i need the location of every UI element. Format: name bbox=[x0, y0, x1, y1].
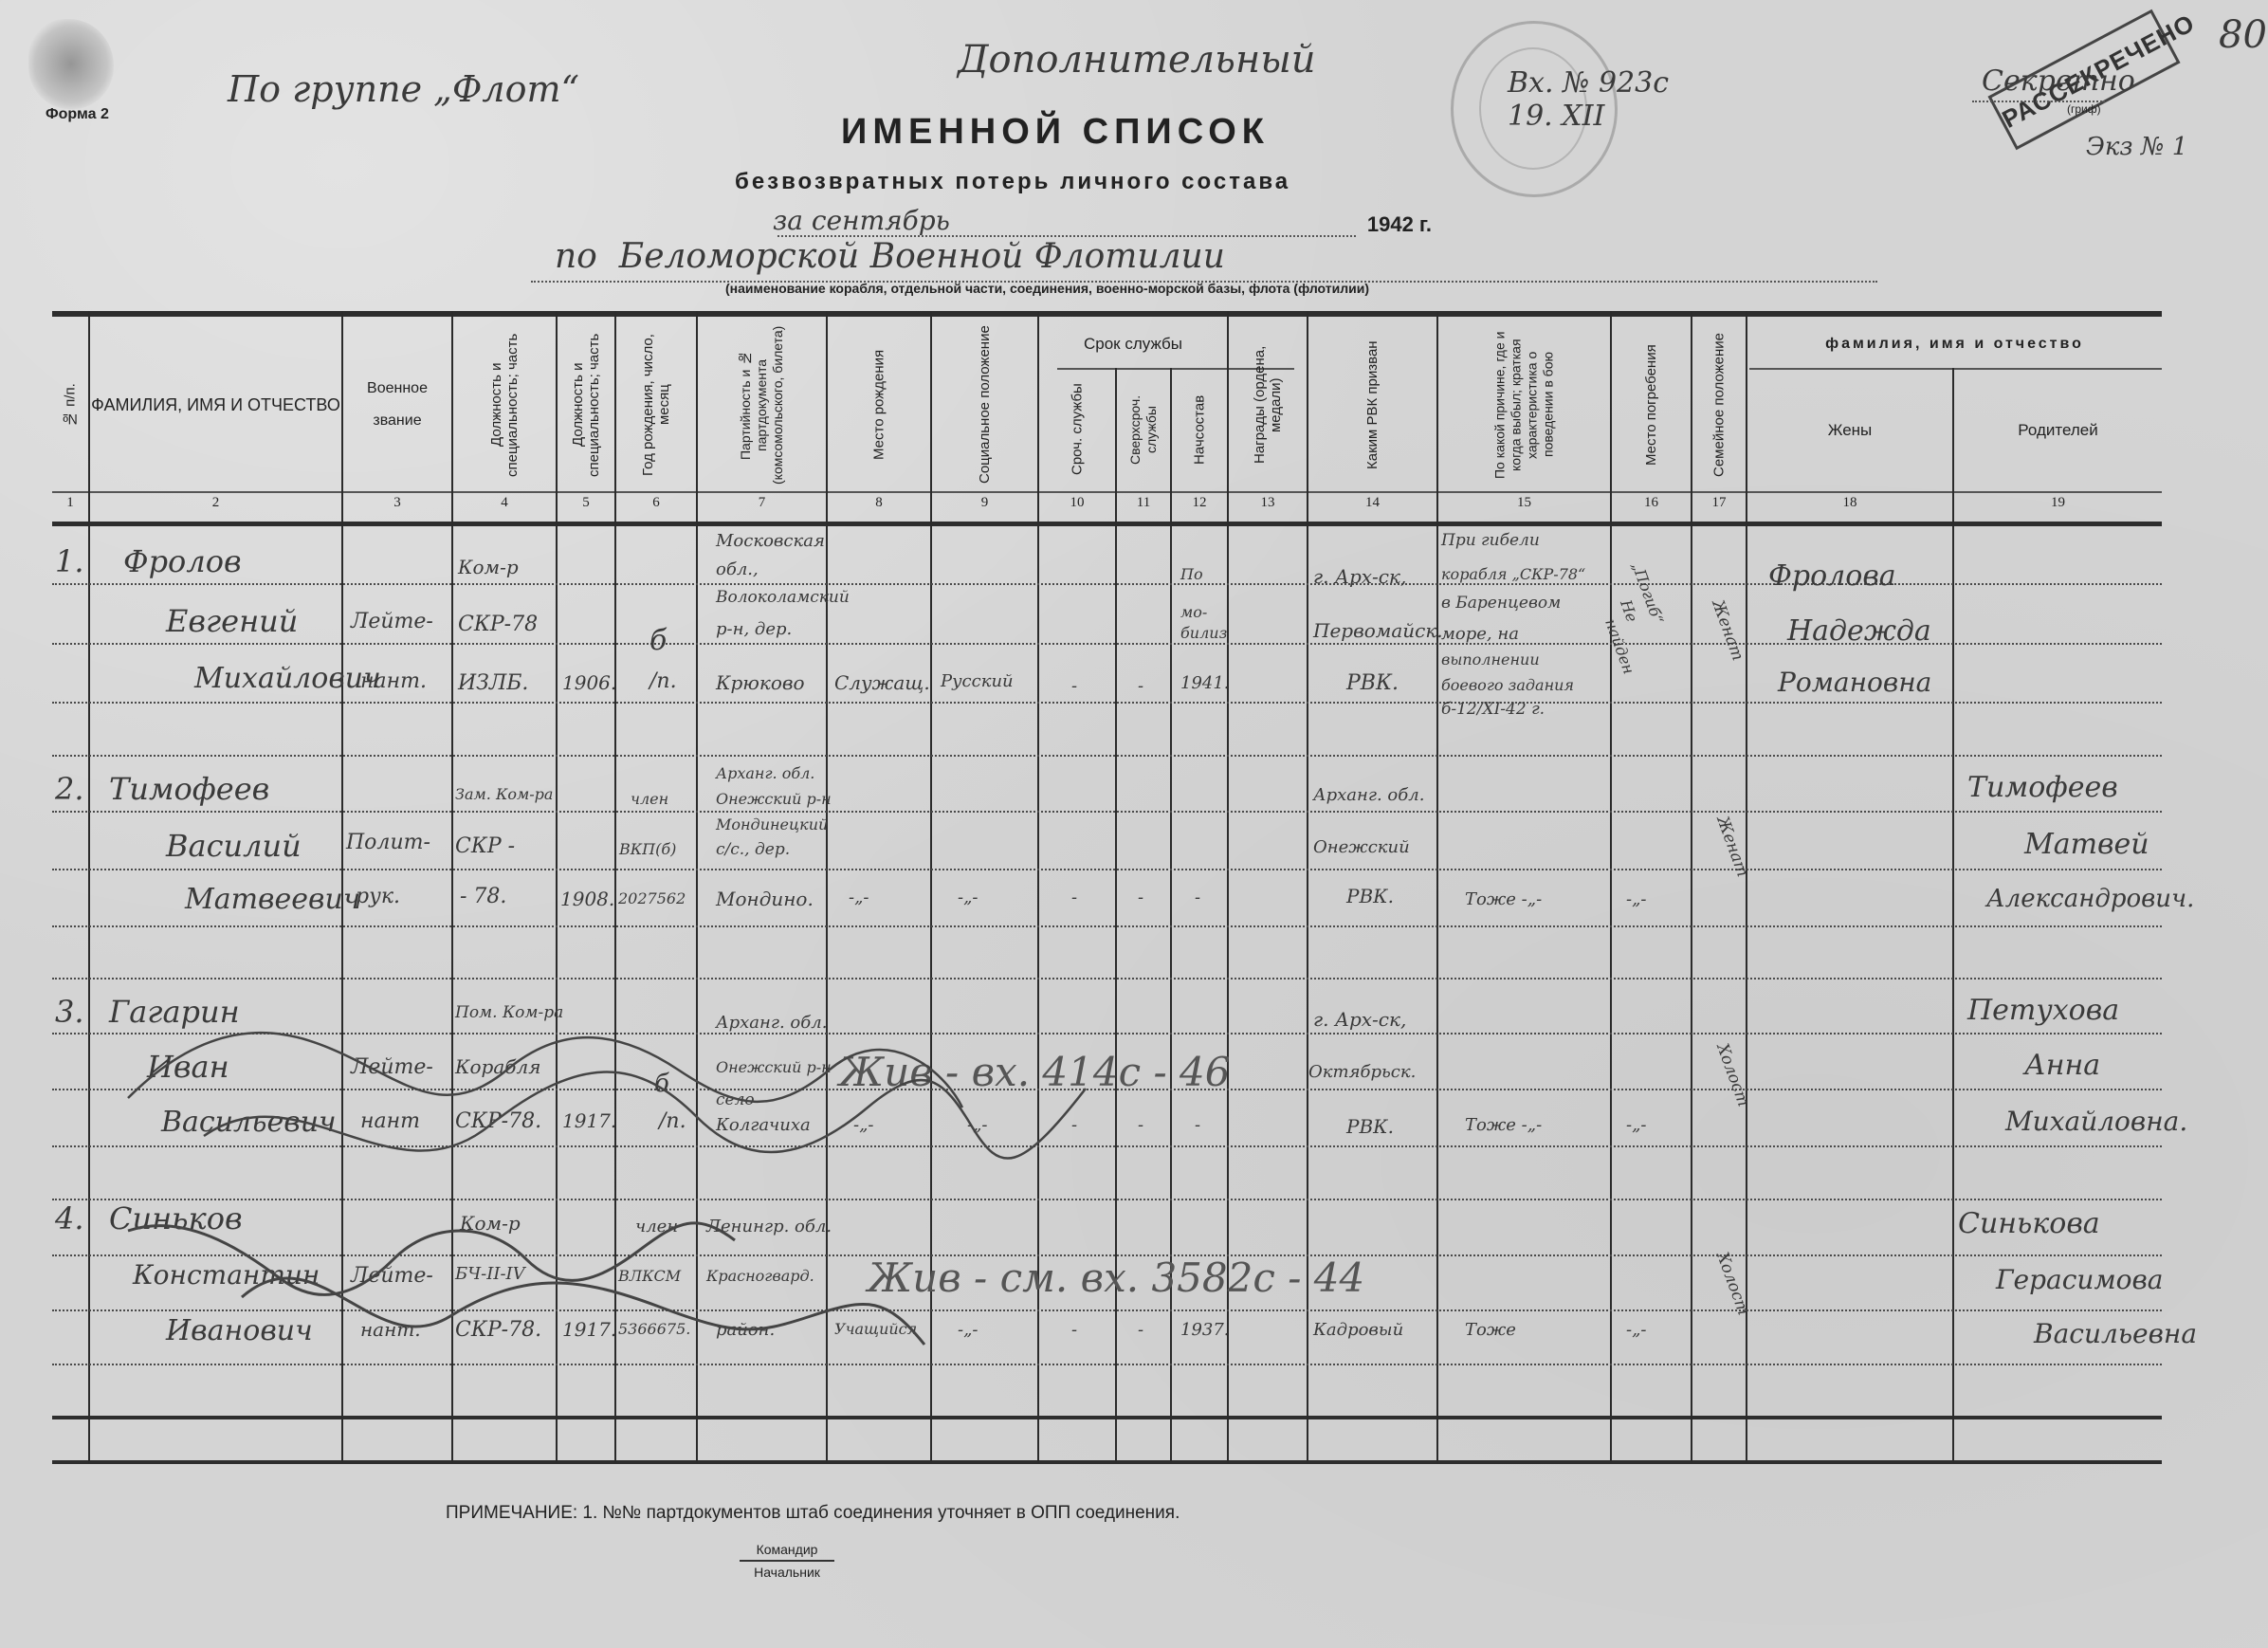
supplementary-label: Дополнительный bbox=[958, 38, 1316, 82]
table-cell: море, на bbox=[1441, 624, 1519, 644]
col-num: 8 bbox=[828, 495, 930, 516]
strike-through bbox=[109, 1221, 962, 1364]
losses-table: № п/п. ФАМИЛИЯ, ИМЯ И ОТЧЕСТВО Военное з… bbox=[52, 311, 2162, 1463]
table-cell: р-н, дер. bbox=[716, 619, 792, 639]
table-cell: СКР - bbox=[455, 834, 515, 858]
table-rule bbox=[52, 869, 2162, 870]
table-cell: Евгений bbox=[166, 603, 298, 639]
unit-value: по Беломорской Военной Флотилии bbox=[555, 237, 1225, 276]
col-num: 13 bbox=[1229, 495, 1307, 516]
table-cell: -„- bbox=[1626, 889, 1647, 909]
table-cell: Мондинецкий bbox=[716, 815, 828, 833]
col-header-reason: По какой причине, где и когда выбыл; кра… bbox=[1438, 320, 1610, 489]
col-num: 4 bbox=[453, 495, 556, 516]
col-num: 2 bbox=[90, 495, 341, 516]
document-title: ИМЕННОЙ СПИСОК bbox=[841, 112, 1270, 153]
table-cell: Васильевна bbox=[2034, 1318, 2197, 1349]
signature-block: Командир Начальник bbox=[740, 1542, 834, 1580]
unit-caption: (наименование корабля, отдельной части, … bbox=[725, 281, 1369, 296]
table-cell: Анна bbox=[2024, 1049, 2100, 1082]
table-cell: По bbox=[1180, 565, 1203, 583]
table-rule bbox=[52, 1199, 2162, 1200]
col-header-family: Семейное положение bbox=[1692, 320, 1746, 489]
col-header-birthplace: Место рождения bbox=[828, 320, 930, 489]
table-cell: 4. bbox=[55, 1200, 84, 1236]
table-cell: Романовна bbox=[1778, 667, 1931, 698]
col-num: 10 bbox=[1039, 495, 1115, 516]
period-value: за сентябрь bbox=[773, 205, 950, 236]
table-rule bbox=[52, 702, 2162, 704]
table-cell: Октябрьск. bbox=[1308, 1062, 1416, 1082]
col-num: 3 bbox=[343, 495, 451, 516]
table-cell: - bbox=[1195, 888, 1200, 907]
table-cell: Онежский р-н bbox=[716, 790, 832, 808]
col-header-awards: Награды (ордена, медали) bbox=[1229, 320, 1307, 489]
table-cell: Василий bbox=[166, 828, 302, 864]
ink-stain bbox=[28, 19, 114, 109]
table-cell: Фролов bbox=[123, 543, 242, 579]
col-num: 1 bbox=[52, 495, 88, 516]
col-num: 12 bbox=[1172, 495, 1227, 516]
table-cell: Московская bbox=[716, 531, 825, 551]
table-cell: Матвеевич bbox=[185, 883, 360, 916]
table-cell: Александрович. bbox=[1986, 885, 2194, 913]
unit-field: по Беломорской Военной Флотилии bbox=[531, 245, 1877, 283]
col-header-rvk: Каким РВК призван bbox=[1308, 320, 1436, 489]
table-cell: -„- bbox=[958, 888, 979, 907]
sign-chief: Начальник bbox=[740, 1565, 834, 1580]
document-subtitle: безвозвратных потерь личного состава bbox=[735, 169, 1290, 195]
table-cell: найден bbox=[1601, 616, 1638, 676]
col-num: 5 bbox=[558, 495, 614, 516]
table-cell: Ком-р bbox=[458, 556, 519, 578]
table-cell: Тоже -„- bbox=[1465, 1115, 1542, 1135]
table-cell: рук. bbox=[356, 885, 400, 908]
table-cell: 1941. bbox=[1180, 673, 1230, 693]
table-cell: 1937. bbox=[1180, 1320, 1230, 1340]
table-cell: боевого задания bbox=[1441, 676, 1574, 694]
col-num: 16 bbox=[1612, 495, 1691, 516]
header-number-rule bbox=[52, 491, 2162, 493]
col-header-sverkh: Сверхсроч. службы bbox=[1117, 370, 1170, 489]
table-cell: Синькова bbox=[1958, 1207, 2100, 1240]
table-rule bbox=[52, 1364, 2162, 1365]
table-cell: Фролова bbox=[1768, 559, 1896, 593]
period-field: за сентябрь 1942 г. bbox=[749, 211, 1432, 239]
table-cell: 1. bbox=[55, 543, 84, 579]
col-num: 6 bbox=[616, 495, 696, 516]
header-bottom-rule bbox=[52, 522, 2162, 526]
table-cell: Тоже -„- bbox=[1465, 889, 1542, 909]
table-cell: Онежский bbox=[1313, 837, 1410, 857]
table-cell: - bbox=[1071, 888, 1077, 907]
form-label: Форма 2 bbox=[46, 106, 109, 123]
footer-note: ПРИМЕЧАНИЕ: 1. №№ партдокументов штаб со… bbox=[446, 1503, 1180, 1524]
table-cell: корабля „СКР-78“ bbox=[1441, 565, 1585, 583]
table-cell: 2027562 bbox=[618, 889, 686, 907]
copy-number: Экз № 1 bbox=[2086, 133, 2187, 161]
year-label: 1942 г. bbox=[1367, 212, 1432, 237]
table-cell: Тимофеев bbox=[109, 771, 269, 807]
table-cell: Тимофеев bbox=[1967, 771, 2118, 804]
table-cell: член bbox=[631, 790, 668, 808]
col-header-burial: Место погребения bbox=[1612, 320, 1691, 489]
classification-handwritten: Секретно bbox=[1982, 64, 2135, 98]
table-cell: обл., bbox=[716, 559, 759, 579]
table-cell: мо- bbox=[1180, 603, 1207, 621]
col-header-srochn: Сроч. службы bbox=[1039, 370, 1115, 489]
group-note: По группе „Флот“ bbox=[228, 68, 579, 110]
incoming-number: Вх. № 923с 19. XII bbox=[1508, 66, 1669, 133]
table-cell: -„- bbox=[849, 888, 869, 907]
col-header-birth: Год рождения, число, месяц bbox=[616, 320, 696, 489]
table-cell: в Баренцевом bbox=[1441, 594, 1561, 613]
col-num: 11 bbox=[1117, 495, 1170, 516]
table-cell: РВК. bbox=[1346, 671, 1399, 695]
table-cell: Крюково bbox=[716, 671, 805, 694]
col-header-name: ФАМИЛИЯ, ИМЯ И ОТЧЕСТВО bbox=[90, 320, 341, 489]
table-cell: Надежда bbox=[1787, 614, 1931, 648]
table-cell: 1908. bbox=[560, 888, 614, 910]
col-header-position: Должность и специальность; часть bbox=[558, 320, 614, 489]
sign-commander: Командир bbox=[740, 1542, 834, 1557]
table-cell: Тоже bbox=[1465, 1320, 1516, 1340]
table-rule bbox=[1952, 368, 1954, 1463]
table-cell: /п. bbox=[649, 669, 677, 693]
table-cell: - bbox=[1138, 888, 1143, 907]
table-cell: - 78. bbox=[460, 885, 506, 908]
col-num: 15 bbox=[1438, 495, 1610, 516]
table-cell: - bbox=[1138, 676, 1143, 696]
table-cell: выполнении bbox=[1441, 650, 1540, 668]
col-header-rank: Военное звание bbox=[343, 320, 451, 489]
table-cell: билиз bbox=[1180, 624, 1227, 642]
table-cell: с/с., дер. bbox=[716, 840, 790, 859]
table-cell: г. Арх-ск, bbox=[1313, 565, 1406, 588]
table-cell: Мондино. bbox=[716, 888, 814, 910]
table-cell: 3. bbox=[55, 994, 84, 1030]
table-cell: Арханг. обл. bbox=[716, 764, 814, 782]
table-cell: Арханг. обл. bbox=[1313, 785, 1424, 805]
table-cell: 2. bbox=[55, 771, 84, 807]
col-header-position-4: Должность и специальность; часть bbox=[453, 320, 556, 489]
table-cell: ИЗЛБ. bbox=[458, 671, 528, 695]
table-cell: Первомайск. bbox=[1313, 619, 1443, 642]
col-header-nachsostav: Начсостав bbox=[1172, 370, 1227, 489]
table-cell: - bbox=[1071, 676, 1077, 696]
table-cell: Женат bbox=[1708, 597, 1747, 663]
table-cell: - bbox=[1071, 1320, 1077, 1340]
table-cell: - bbox=[1138, 1320, 1143, 1340]
table-cell: РВК. bbox=[1346, 885, 1394, 907]
table-cell: Лейте- bbox=[351, 610, 433, 633]
table-cell: -„- bbox=[1626, 1320, 1647, 1340]
table-rule bbox=[52, 1416, 2162, 1419]
col-group-service: Срок службы bbox=[1039, 319, 1227, 368]
col-num: 14 bbox=[1308, 495, 1436, 516]
col-num: 7 bbox=[698, 495, 826, 516]
table-cell: Матвей bbox=[2024, 828, 2149, 861]
table-bottom-rule bbox=[52, 1460, 2162, 1464]
table-cell: б bbox=[649, 624, 667, 657]
table-cell: г. Арх-ск, bbox=[1313, 1008, 1406, 1031]
table-cell: б-12/XI-42 г. bbox=[1441, 700, 1545, 719]
table-cell: Кадровый bbox=[1313, 1320, 1403, 1340]
table-cell: - bbox=[1138, 1115, 1143, 1135]
col-header-party: Партийность и № партдокумента (комсомоль… bbox=[698, 320, 826, 489]
col-num: 19 bbox=[1954, 495, 2162, 516]
table-cell: - bbox=[1195, 1115, 1200, 1135]
col-header-num: № п/п. bbox=[52, 320, 88, 489]
col-num: 18 bbox=[1747, 495, 1952, 516]
table-rule bbox=[52, 925, 2162, 927]
col-header-parents: Родителей bbox=[1954, 370, 2162, 489]
table-cell: Служащ. bbox=[834, 671, 930, 694]
table-cell: нант. bbox=[360, 669, 427, 693]
strike-through bbox=[109, 1013, 1105, 1174]
table-cell: Полит- bbox=[346, 831, 430, 854]
col-header-social: Социальное положение bbox=[932, 320, 1037, 489]
table-cell: Волоколамский bbox=[716, 588, 850, 607]
sheet-number: 80 bbox=[2219, 13, 2267, 57]
table-rule bbox=[52, 811, 2162, 813]
table-cell: При гибели bbox=[1441, 531, 1540, 550]
table-cell: Зам. Ком-ра bbox=[455, 785, 553, 803]
col-num: 9 bbox=[932, 495, 1037, 516]
col-num: 17 bbox=[1692, 495, 1746, 516]
table-cell: Русский bbox=[941, 671, 1014, 691]
table-cell: РВК. bbox=[1346, 1115, 1394, 1138]
table-cell: 1906. bbox=[562, 671, 616, 694]
col-group-relatives: фамилия, имя и отчество bbox=[1747, 319, 2162, 368]
table-top-rule bbox=[52, 311, 2162, 317]
col-header-wife: Жены bbox=[1747, 370, 1952, 489]
table-rule bbox=[52, 755, 2162, 757]
table-cell: ВКП(б) bbox=[619, 840, 676, 858]
classification-caption: (гриф) bbox=[2067, 102, 2101, 116]
table-cell: СКР-78 bbox=[458, 613, 538, 636]
table-cell: Михайлович bbox=[194, 662, 381, 695]
table-cell: Герасимова bbox=[1996, 1264, 2164, 1295]
table-cell: Не bbox=[1617, 597, 1641, 625]
table-rule bbox=[52, 978, 2162, 980]
table-cell: -„- bbox=[1626, 1115, 1647, 1135]
table-cell: Петухова bbox=[1967, 994, 2119, 1027]
table-cell: Михайловна. bbox=[2005, 1106, 2187, 1137]
